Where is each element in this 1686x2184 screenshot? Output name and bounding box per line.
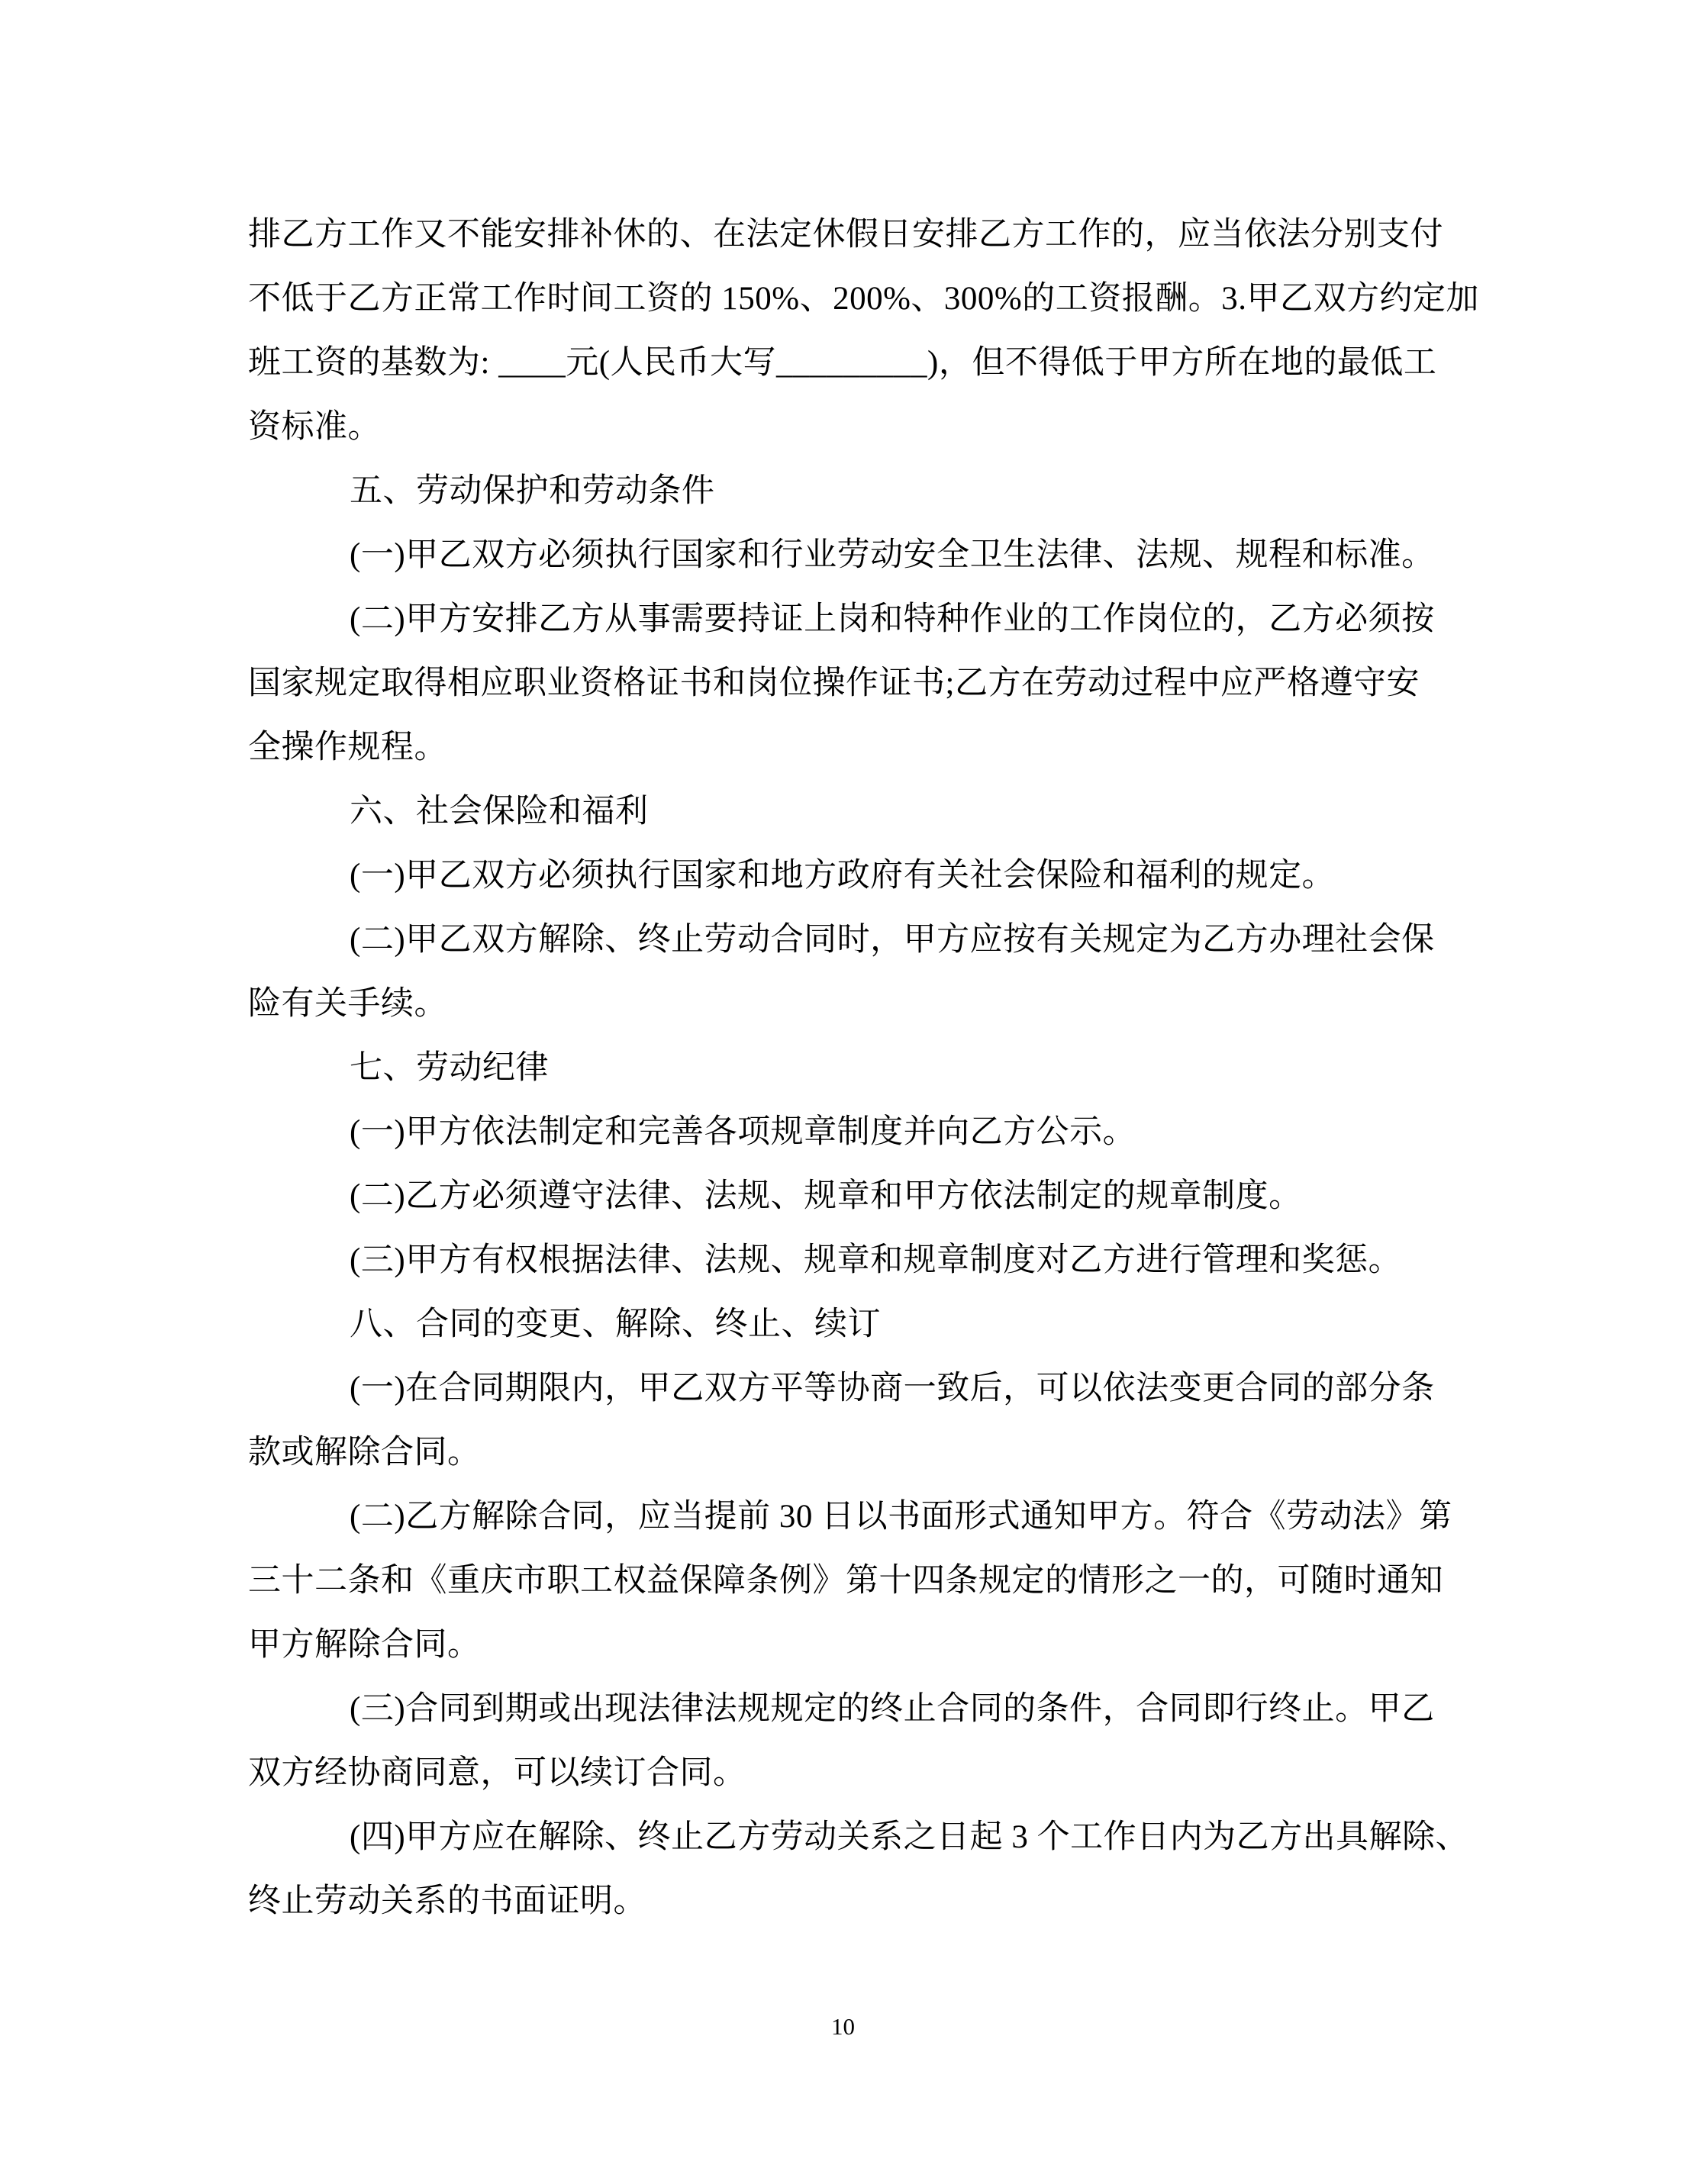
contract-line: (二)甲乙双方解除、终止劳动合同时，甲方应按有关规定为乙方办理社会保 bbox=[248, 908, 1439, 972]
contract-line: (一)甲方依法制定和完善各项规章制度并向乙方公示。 bbox=[248, 1100, 1439, 1164]
contract-line: (三)合同到期或出现法律法规规定的终止合同的条件，合同即行终止。甲乙 bbox=[248, 1677, 1439, 1741]
page-number: 10 bbox=[0, 2013, 1686, 2041]
contract-line: 款或解除合同。 bbox=[248, 1421, 1439, 1485]
contract-line: (三)甲方有权根据法律、法规、规章和规章制度对乙方进行管理和奖惩。 bbox=[248, 1229, 1439, 1293]
contract-line: (二)乙方必须遵守法律、法规、规章和甲方依法制定的规章制度。 bbox=[248, 1164, 1439, 1229]
contract-line: 七、劳动纪律 bbox=[248, 1036, 1439, 1100]
contract-line: (一)甲乙双方必须执行国家和地方政府有关社会保险和福利的规定。 bbox=[248, 844, 1439, 908]
contract-body: 排乙方工作又不能安排补休的、在法定休假日安排乙方工作的，应当依法分别支付不低于乙… bbox=[248, 203, 1439, 1934]
contract-line: 双方经协商同意，可以续订合同。 bbox=[248, 1741, 1439, 1806]
contract-line: 全操作规程。 bbox=[248, 716, 1439, 780]
contract-line: (一)甲乙双方必须执行国家和行业劳动安全卫生法律、法规、规程和标准。 bbox=[248, 523, 1439, 588]
contract-line: 排乙方工作又不能安排补休的、在法定休假日安排乙方工作的，应当依法分别支付 bbox=[248, 203, 1439, 267]
contract-line: 六、社会保险和福利 bbox=[248, 780, 1439, 844]
contract-line: 甲方解除合同。 bbox=[248, 1613, 1439, 1677]
contract-line: 资标准。 bbox=[248, 395, 1439, 459]
contract-line: 班工资的基数为: ____元(人民币大写_________)，但不得低于甲方所在… bbox=[248, 331, 1439, 395]
contract-line: 国家规定取得相应职业资格证书和岗位操作证书;乙方在劳动过程中应严格遵守安 bbox=[248, 652, 1439, 716]
contract-line: (一)在合同期限内，甲乙双方平等协商一致后，可以依法变更合同的部分条 bbox=[248, 1357, 1439, 1421]
contract-line: (四)甲方应在解除、终止乙方劳动关系之日起 3 个工作日内为乙方出具解除、 bbox=[248, 1806, 1439, 1870]
contract-line: (二)甲方安排乙方从事需要持证上岗和特种作业的工作岗位的，乙方必须按 bbox=[248, 588, 1439, 652]
document-page: 排乙方工作又不能安排补休的、在法定休假日安排乙方工作的，应当依法分别支付不低于乙… bbox=[0, 0, 1686, 2184]
contract-line: (二)乙方解除合同，应当提前 30 日以书面形式通知甲方。符合《劳动法》第 bbox=[248, 1485, 1439, 1549]
contract-line: 不低于乙方正常工作时间工资的 150%、200%、300%的工资报酬。3.甲乙双… bbox=[248, 267, 1439, 331]
contract-line: 三十二条和《重庆市职工权益保障条例》第十四条规定的情形之一的，可随时通知 bbox=[248, 1549, 1439, 1613]
contract-line: 五、劳动保护和劳动条件 bbox=[248, 459, 1439, 523]
contract-line: 终止劳动关系的书面证明。 bbox=[248, 1870, 1439, 1934]
contract-line: 八、合同的变更、解除、终止、续订 bbox=[248, 1293, 1439, 1357]
contract-line: 险有关手续。 bbox=[248, 972, 1439, 1036]
